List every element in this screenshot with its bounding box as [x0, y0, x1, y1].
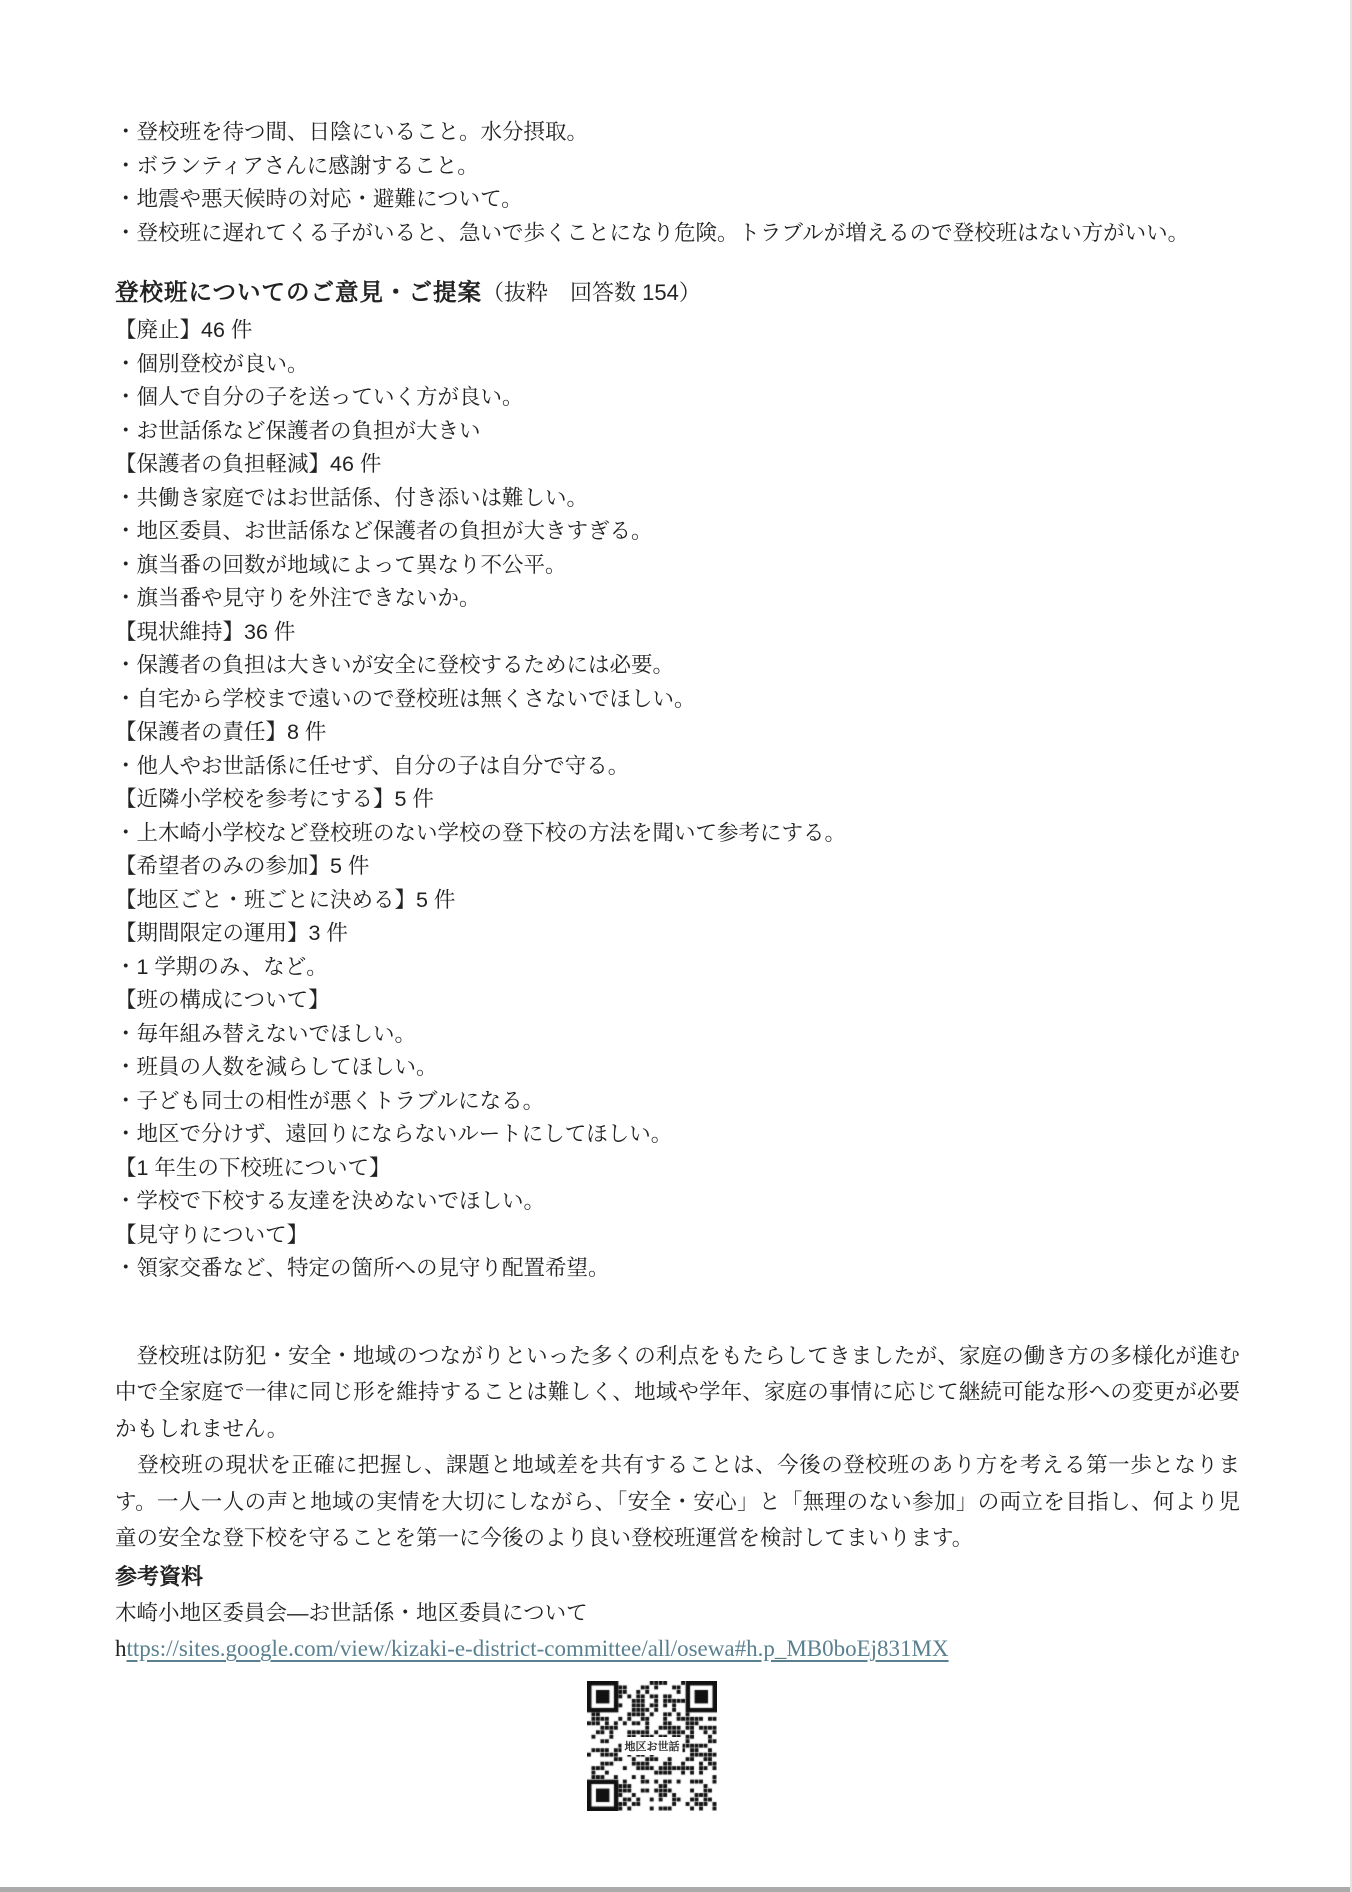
opinion-line: ・旗当番や見守りを外注できないか。 [115, 582, 1240, 616]
opinion-line: 【見守りについて】 [115, 1219, 1240, 1253]
qr-code-label: 地区お世話 [622, 1737, 683, 1755]
closing-paragraphs: 登校班は防犯・安全・地域のつながりといった多くの利点をもたらしてきましたが、家庭… [115, 1338, 1240, 1558]
opinion-line: ・子ども同士の相性が悪くトラブルになる。 [115, 1085, 1240, 1119]
note-line: ・登校班を待つ間、日陰にいること。水分摂取。 [115, 116, 1215, 150]
opinion-list: 【廃止】46 件・個別登校が良い。・個人で自分の子を送っていく方が良い。・お世話… [115, 314, 1240, 1286]
section-heading-title: 登校班についてのご意見・ご提案 [115, 279, 482, 305]
qr-area: 地区お世話 [115, 1681, 1240, 1821]
note-line: ・地震や悪天候時の対応・避難について。 [115, 183, 1215, 217]
note-line: ・ボランティアさんに感謝すること。 [115, 150, 1215, 184]
opinion-line: 【現状維持】36 件 [115, 616, 1240, 650]
opinion-line: 【期間限定の運用】3 件 [115, 917, 1240, 951]
opinion-line: ・領家交番など、特定の箇所への見守り配置希望。 [115, 1252, 1240, 1286]
reference-url-line: https://sites.google.com/view/kizaki-e-d… [115, 1631, 1240, 1667]
top-notes-list: ・登校班を待つ間、日陰にいること。水分摂取。・ボランティアさんに感謝すること。・… [115, 116, 1215, 250]
reference-heading: 参考資料 [115, 1559, 1240, 1595]
document-content: ・登校班を待つ間、日陰にいること。水分摂取。・ボランティアさんに感謝すること。・… [115, 116, 1240, 1821]
opinion-line: ・上木崎小学校など登校班のない学校の登下校の方法を聞いて参考にする。 [115, 817, 1240, 851]
opinion-line: 【廃止】46 件 [115, 314, 1240, 348]
url-prefix: h [115, 1636, 127, 1661]
opinion-line: ・保護者の負担は大きいが安全に登校するためには必要。 [115, 649, 1240, 683]
opinion-line: ・地区で分けず、遠回りにならないルートにしてほしい。 [115, 1118, 1240, 1152]
opinion-line: ・地区委員、お世話係など保護者の負担が大きすぎる。 [115, 515, 1240, 549]
opinion-line: 【保護者の負担軽減】46 件 [115, 448, 1240, 482]
opinion-line: ・共働き家庭ではお世話係、付き添いは難しい。 [115, 482, 1240, 516]
page-bottom-edge [0, 1887, 1352, 1892]
opinion-line: ・個別登校が良い。 [115, 348, 1240, 382]
section-heading-note: （抜粋 回答数 154） [482, 280, 701, 305]
opinion-line: 【班の構成について】 [115, 984, 1240, 1018]
opinion-line: 【保護者の責任】8 件 [115, 716, 1240, 750]
qr-code: 地区お世話 [587, 1681, 717, 1811]
opinion-line: ・毎年組み替えないでほしい。 [115, 1018, 1240, 1052]
opinion-line: 【近隣小学校を参考にする】5 件 [115, 783, 1240, 817]
note-line: ・登校班に遅れてくる子がいると、急いで歩くことになり危険。トラブルが増えるので登… [115, 217, 1215, 251]
opinion-line: ・他人やお世話係に任せず、自分の子は自分で守る。 [115, 750, 1240, 784]
opinion-line: ・個人で自分の子を送っていく方が良い。 [115, 381, 1240, 415]
opinion-line: ・旗当番の回数が地域によって異なり不公平。 [115, 549, 1240, 583]
reference-link[interactable]: ttps://sites.google.com/view/kizaki-e-di… [127, 1636, 949, 1661]
opinion-line: ・お世話係など保護者の負担が大きい [115, 415, 1240, 449]
section-heading: 登校班についてのご意見・ご提案（抜粋 回答数 154） [115, 275, 1240, 313]
opinion-line: ・学校で下校する友達を決めないでほしい。 [115, 1185, 1240, 1219]
closing-paragraph-1: 登校班は防犯・安全・地域のつながりといった多くの利点をもたらしてきましたが、家庭… [115, 1338, 1240, 1448]
opinion-line: ・班員の人数を減らしてほしい。 [115, 1051, 1240, 1085]
reference-description: 木崎小地区委員会―お世話係・地区委員について [115, 1595, 1240, 1631]
opinion-line: 【地区ごと・班ごとに決める】5 件 [115, 884, 1240, 918]
closing-paragraph-2: 登校班の現状を正確に把握し、課題と地域差を共有することは、今後の登校班のあり方を… [115, 1447, 1240, 1557]
opinion-line: ・1 学期のみ、など。 [115, 951, 1240, 985]
opinion-line: ・自宅から学校まで遠いので登校班は無くさないでほしい。 [115, 683, 1240, 717]
opinion-line: 【希望者のみの参加】5 件 [115, 850, 1240, 884]
opinion-line: 【1 年生の下校班について】 [115, 1152, 1240, 1186]
